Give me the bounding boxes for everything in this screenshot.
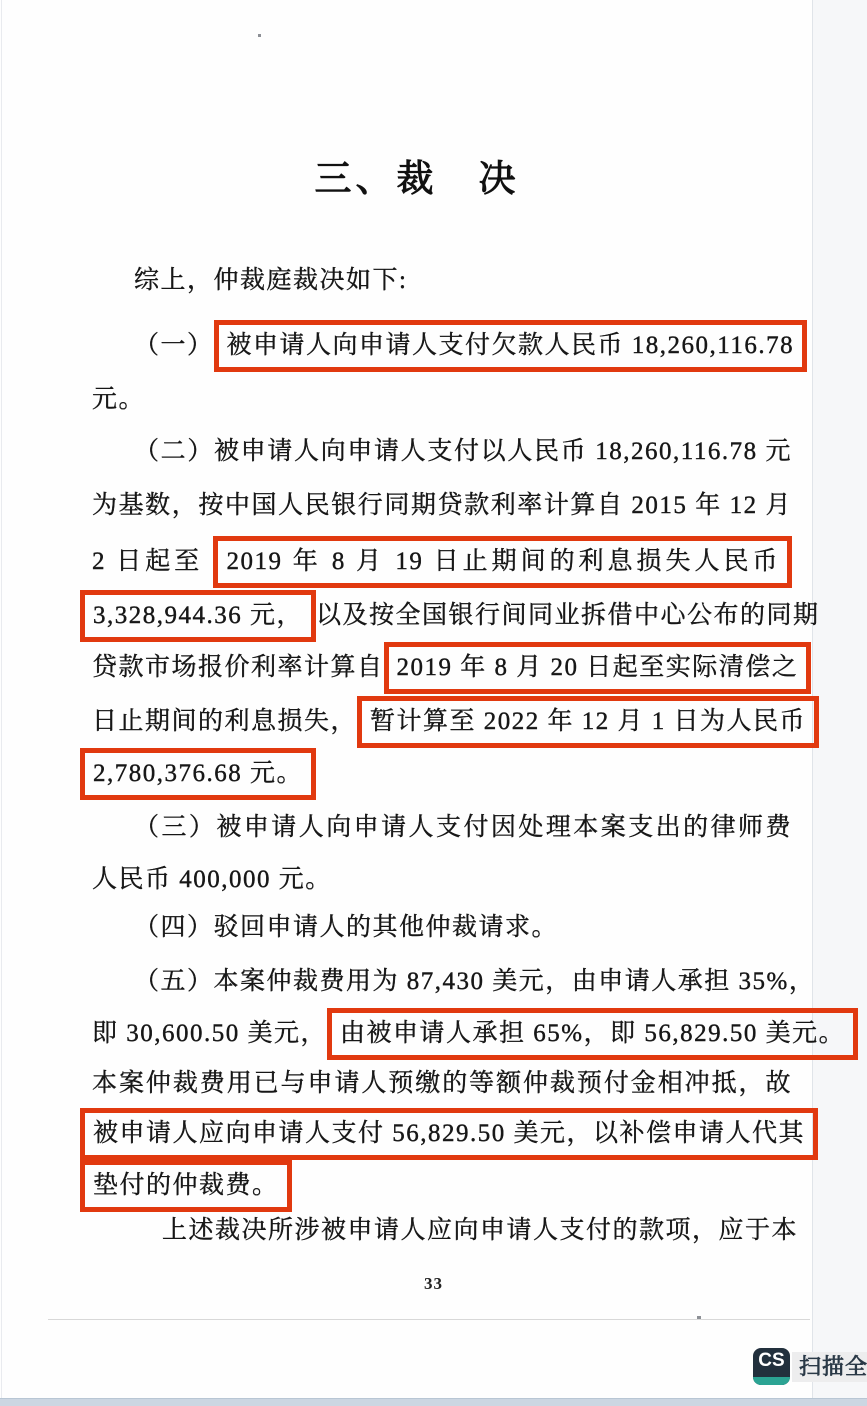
text-segment: 人民币 400,000 元。 [92,866,332,893]
screenshot-bottom-band [0,1398,867,1406]
scanned-document: { "document": { "heading": "三、裁 决", "pag… [0,0,867,1406]
highlight-box: 暂计算至 2022 年 12 月 1 日为人民币 [357,696,819,748]
ruling-line: 日止期间的利息损失，暂计算至 2022 年 12 月 1 日为人民币 [92,706,792,738]
text-segment: 以及按全国银行间同业拆借中心公布的同期 [316,602,820,629]
highlight-box: 2019 年 8 月 19 日止期间的利息损失人民币 [213,536,792,588]
text-segment: （四）驳回申请人的其他仲裁请求。 [134,914,558,941]
ruling-item-3: （三）被申请人向申请人支付因处理本案支出的律师费 [134,812,792,844]
ruling-item-5: （五）本案仲裁费用为 87,430 美元，由申请人承担 35%， [134,966,792,998]
scan-speck [258,34,261,37]
ruling-line: 被申请人应向申请人支付 56,829.50 美元，以补偿申请人代其 [80,1118,794,1150]
text-segment: 上述裁决所涉被申请人应向申请人支付的款项，应于本 [162,1217,798,1244]
highlight-box: 被申请人应向申请人支付 56,829.50 美元，以补偿申请人代其 [80,1108,818,1160]
page-number: 33 [0,1274,867,1294]
cs-logo-teal-bar [753,1377,790,1385]
ruling-line: 垫付的仲裁费。 [80,1170,292,1202]
ruling-line: 贷款市场报价利率计算自2019 年 8 月 20 日起至实际清偿之 [92,652,792,684]
text-segment: 综上，仲裁庭裁决如下: [134,267,407,294]
camscanner-logo-icon: CS [753,1348,790,1385]
text-segment: 贷款市场报价利率计算自 [92,654,384,681]
ruling-item-1: （一）被申请人向申请人支付欠款人民币 18,260,116.78 [134,330,772,362]
text-segment: （三）被申请人向申请人支付因处理本案支出的律师费 [134,814,792,841]
ruling-line: 元。 [92,384,145,416]
text-segment: 2 日起至 [92,548,213,575]
ruling-line: 人民币 400,000 元。 [92,864,332,896]
highlight-box: 3,328,944.36 元， [80,590,316,642]
ruling-line: 本案仲裁费用已与申请人预缴的等额仲裁预付金相冲抵，故 [92,1068,792,1100]
highlight-box: 2,780,376.68 元。 [80,748,316,800]
highlight-box: 被申请人向申请人支付欠款人民币 18,260,116.78 [214,320,808,372]
text-segment: （一） [134,332,214,359]
text-segment: （二）被申请人向申请人支付以人民币 18,260,116.78 元 [134,438,792,465]
page-bottom-edge [48,1319,810,1320]
closing-line: 上述裁决所涉被申请人应向申请人支付的款项，应于本 [162,1215,792,1247]
page-left-edge [1,0,2,1406]
text-segment: 日止期间的利息损失， [92,708,357,735]
ruling-line: 2,780,376.68 元。 [80,758,316,790]
ruling-item-2: （二）被申请人向申请人支付以人民币 18,260,116.78 元 [134,436,792,468]
section-heading: 三、裁 决 [287,148,547,202]
ruling-item-4: （四）驳回申请人的其他仲裁请求。 [134,912,558,944]
text-segment: 元。 [92,386,145,413]
text-segment: 本案仲裁费用已与申请人预缴的等额仲裁预付金相冲抵，故 [92,1070,792,1097]
ruling-line: 即 30,600.50 美元，由被申请人承担 65%，即 56,829.50 美… [92,1018,792,1050]
intro-line: 综上，仲裁庭裁决如下: [134,265,407,297]
cs-logo-text: CS [753,1350,790,1372]
ruling-line: 2 日起至 2019 年 8 月 19 日止期间的利息损失人民币 [92,546,792,578]
highlight-box: 垫付的仲裁费。 [80,1160,292,1212]
ruling-line: 为基数，按中国人民银行同期贷款利率计算自 2015 年 12 月 [92,490,792,522]
highlight-box: 2019 年 8 月 20 日起至实际清偿之 [384,642,812,694]
text-segment: （五）本案仲裁费用为 87,430 美元，由申请人承担 35%， [134,968,815,995]
camscanner-app-name: 扫描全能 [792,1352,867,1382]
text-segment: 即 30,600.50 美元， [92,1020,327,1047]
scan-speck [697,1316,701,1319]
text-segment: 为基数，按中国人民银行同期贷款利率计算自 2015 年 12 月 [92,492,792,519]
page-right-edge [812,0,867,1398]
highlight-box: 由被申请人承担 65%，即 56,829.50 美元。 [327,1008,858,1060]
ruling-line: 3,328,944.36 元，以及按全国银行间同业拆借中心公布的同期 [80,600,792,632]
